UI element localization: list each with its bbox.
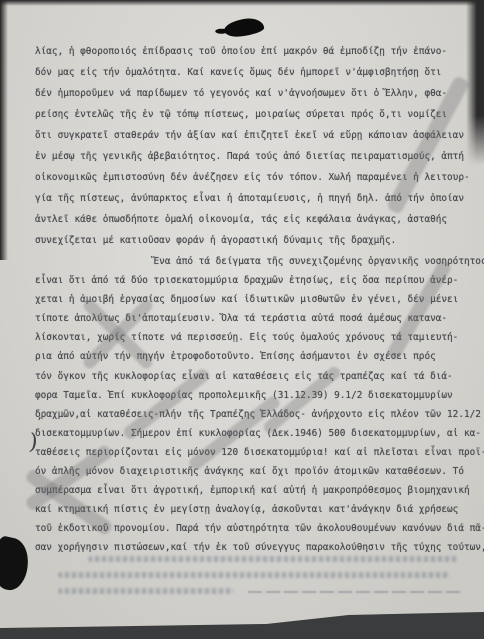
text-line: όν ἁπλῆς μόνον διαχειριστικῆς ἀνάγκης κα… bbox=[35, 462, 477, 481]
bleedthrough-text-line bbox=[88, 556, 458, 562]
text-line: σαν χορήγησιν πιστώσεων,καί τήν ἐκ τοῦ σ… bbox=[35, 538, 477, 557]
scan-corner-blot bbox=[0, 535, 33, 593]
bleedthrough-text-line bbox=[58, 572, 450, 578]
bleedthrough-text-line bbox=[58, 588, 234, 594]
text-line: δισεκατομμυρίων. Σήμερον ἐπί κυκλοφορίας… bbox=[35, 424, 477, 443]
text-line: φορα Ταμεῖα. Ἐπί κυκλοφορίας προπολεμικῆ… bbox=[35, 386, 477, 405]
paragraph-2: Ἕνα ἀπό τά δείγματα τῆς συνεχιζομένης ὀρ… bbox=[35, 252, 477, 558]
text-line: ἀντλεῖ κάθε ὁπωσδήποτε ὁμαλή οἰκονομία, … bbox=[35, 209, 477, 230]
text-line: χεται ἡ ἀμοιβή ἐργασίας δημοσίων καί ἰδι… bbox=[35, 290, 477, 309]
text-line: ρείσης ἐντελῶς τῆς ἐν τῷ τόπῳ πίστεως, μ… bbox=[35, 104, 477, 125]
bleedthrough-rule bbox=[248, 591, 462, 593]
text-line: συμπέρασμα εἶναι ὅτι ἀγροτική, ἐμπορική … bbox=[35, 481, 477, 500]
text-line: τόν ὄγκον τῆς κυκλοφορίας εἶναι αἱ καταθ… bbox=[35, 367, 477, 386]
text-line: δέν ἡμποροῦμεν νά παρίδωμεν τό γεγονός κ… bbox=[35, 83, 477, 104]
paragraph-1: λίας, ἡ φθοροποιός ἐπίδρασις τοῦ ὁποίου … bbox=[35, 41, 477, 251]
handwritten-apostrophe-mark: ʼ bbox=[37, 416, 41, 431]
scan-edge-left bbox=[0, 0, 8, 260]
text-line: ὅτι συγκρατεῖ σταθεράν τήν ἀξίαν καί ἐπι… bbox=[35, 125, 477, 146]
scan-edge-bottom bbox=[0, 612, 484, 639]
ink-blot bbox=[223, 17, 265, 39]
text-line: εἶναι ὅτι ἀπό τά δύο τρισεκατομμύρια δρα… bbox=[35, 271, 477, 290]
typed-text-block: λίας, ἡ φθοροποιός ἐπίδρασις τοῦ ὁποίου … bbox=[35, 41, 477, 558]
text-line: Ἕνα ἀπό τά δείγματα τῆς συνεχιζομένης ὀρ… bbox=[35, 252, 477, 271]
text-line: συνεχίζεται μέ κατιοῦσαν φοράν ἡ ἀγοραστ… bbox=[35, 230, 477, 251]
scan-edge-right bbox=[466, 0, 484, 165]
text-line: δόν μας εἰς τήν ὁμαλότητα. Καί κανείς ὅμ… bbox=[35, 62, 477, 83]
text-line: λίας, ἡ φθοροποιός ἐπίδρασις τοῦ ὁποίου … bbox=[35, 41, 477, 62]
scan-edge-top bbox=[0, 0, 484, 6]
scanned-page: - 10 - λίας, ἡ φθοροποιός ἐπίδρασις τοῦ … bbox=[0, 0, 484, 639]
